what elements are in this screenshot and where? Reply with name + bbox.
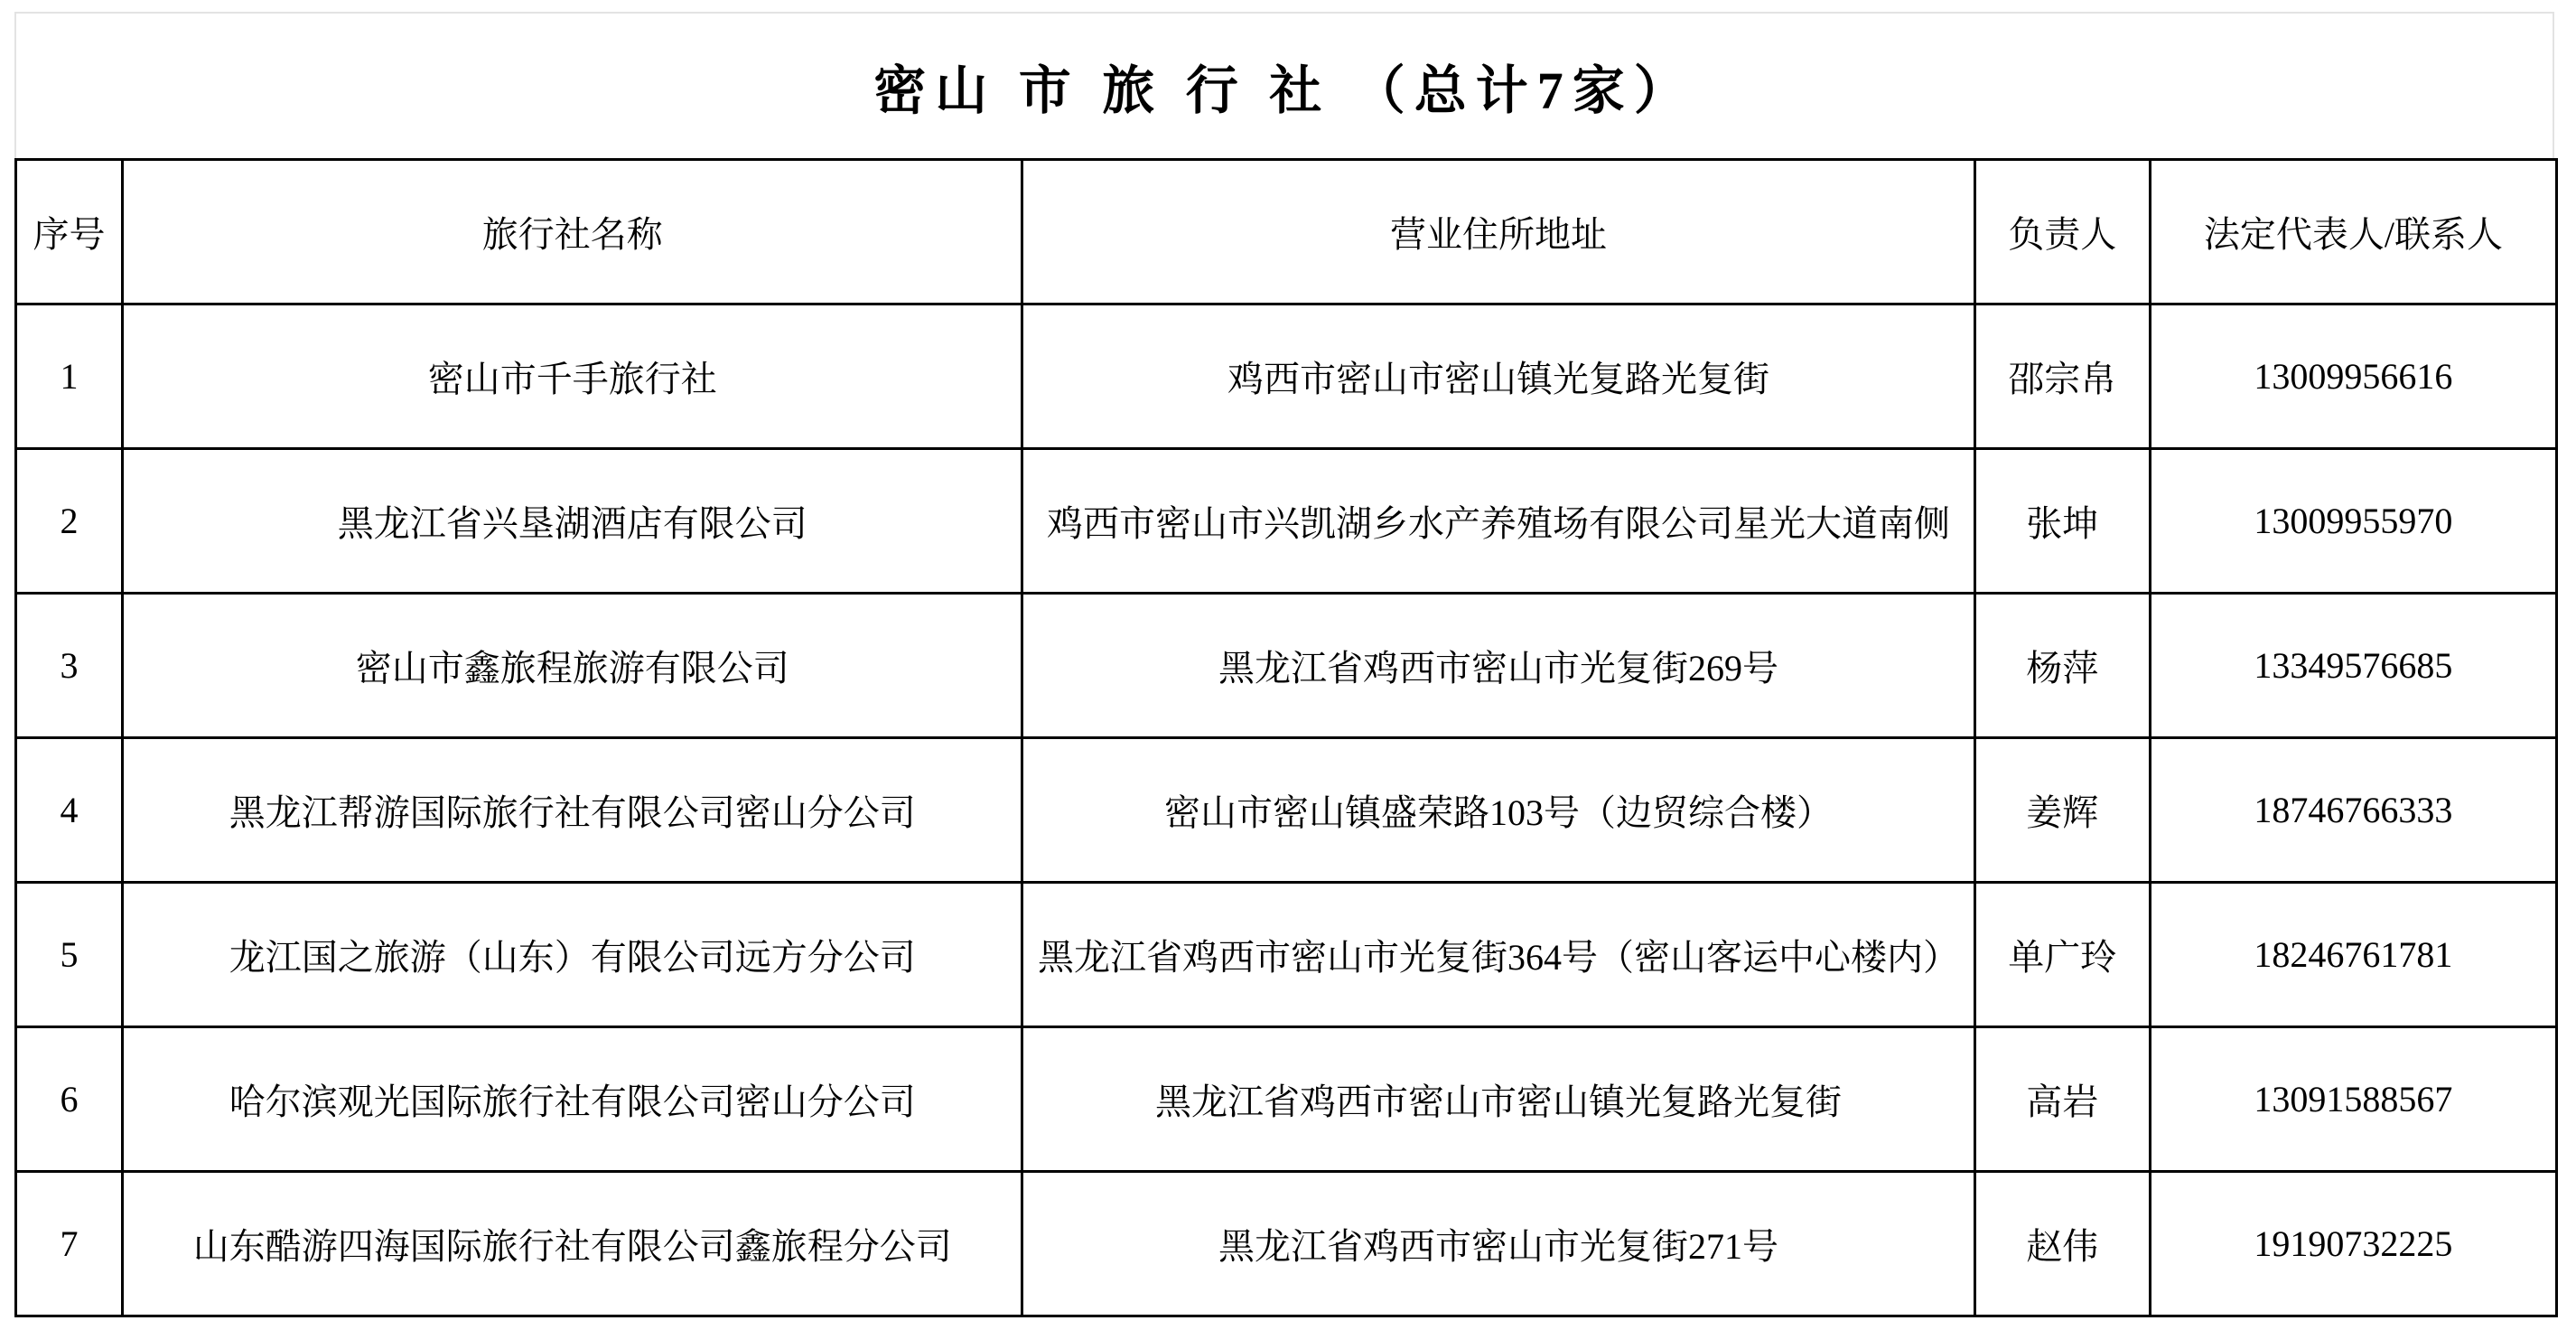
document-sheet: 密山 市 旅 行 社 （总计7家） 序号 旅行社名称 营业住所地址 负责人 法定… xyxy=(0,0,2576,1330)
cell-manager: 杨萍 xyxy=(1974,594,2150,738)
cell-name: 密山市鑫旅程旅游有限公司 xyxy=(123,594,1022,738)
col-header-address: 营业住所地址 xyxy=(1022,160,1974,304)
cell-address: 鸡西市密山市兴凯湖乡水产养殖场有限公司星光大道南侧 xyxy=(1022,449,1974,594)
cell-contact: 18746766333 xyxy=(2150,738,2556,883)
cell-address: 黑龙江省鸡西市密山市光复街269号 xyxy=(1022,594,1974,738)
cell-address: 黑龙江省鸡西市密山市密山镇光复路光复街 xyxy=(1022,1027,1974,1172)
col-header-name: 旅行社名称 xyxy=(123,160,1022,304)
cell-no: 1 xyxy=(16,304,123,449)
cell-no: 4 xyxy=(16,738,123,883)
cell-no: 7 xyxy=(16,1172,123,1316)
cell-contact: 19190732225 xyxy=(2150,1172,2556,1316)
table-row: 7 山东酷游四海国际旅行社有限公司鑫旅程分公司 黑龙江省鸡西市密山市光复街271… xyxy=(16,1172,2557,1316)
title-block: 密山 市 旅 行 社 （总计7家） xyxy=(14,12,2554,158)
table-row: 4 黑龙江帮游国际旅行社有限公司密山分公司 密山市密山镇盛荣路103号（边贸综合… xyxy=(16,738,2557,883)
cell-no: 3 xyxy=(16,594,123,738)
col-header-manager: 负责人 xyxy=(1974,160,2150,304)
table-row: 3 密山市鑫旅程旅游有限公司 黑龙江省鸡西市密山市光复街269号 杨萍 1334… xyxy=(16,594,2557,738)
cell-contact: 13009956616 xyxy=(2150,304,2556,449)
table-header-row: 序号 旅行社名称 营业住所地址 负责人 法定代表人/联系人 xyxy=(16,160,2557,304)
cell-name: 龙江国之旅游（山东）有限公司远方分公司 xyxy=(123,883,1022,1027)
cell-no: 5 xyxy=(16,883,123,1027)
cell-name: 黑龙江帮游国际旅行社有限公司密山分公司 xyxy=(123,738,1022,883)
cell-no: 6 xyxy=(16,1027,123,1172)
cell-contact: 13349576685 xyxy=(2150,594,2556,738)
cell-contact: 13009955970 xyxy=(2150,449,2556,594)
cell-address: 黑龙江省鸡西市密山市光复街271号 xyxy=(1022,1172,1974,1316)
table-row: 2 黑龙江省兴垦湖酒店有限公司 鸡西市密山市兴凯湖乡水产养殖场有限公司星光大道南… xyxy=(16,449,2557,594)
cell-manager: 姜辉 xyxy=(1974,738,2150,883)
cell-manager: 张坤 xyxy=(1974,449,2150,594)
cell-no: 2 xyxy=(16,449,123,594)
travel-agency-table: 序号 旅行社名称 营业住所地址 负责人 法定代表人/联系人 1 密山市千手旅行社… xyxy=(14,158,2558,1317)
cell-address: 密山市密山镇盛荣路103号（边贸综合楼） xyxy=(1022,738,1974,883)
cell-contact: 18246761781 xyxy=(2150,883,2556,1027)
col-header-no: 序号 xyxy=(16,160,123,304)
cell-manager: 高岩 xyxy=(1974,1027,2150,1172)
cell-manager: 邵宗帛 xyxy=(1974,304,2150,449)
cell-name: 黑龙江省兴垦湖酒店有限公司 xyxy=(123,449,1022,594)
cell-address: 鸡西市密山市密山镇光复路光复街 xyxy=(1022,304,1974,449)
table-row: 5 龙江国之旅游（山东）有限公司远方分公司 黑龙江省鸡西市密山市光复街364号（… xyxy=(16,883,2557,1027)
cell-name: 山东酷游四海国际旅行社有限公司鑫旅程分公司 xyxy=(123,1172,1022,1316)
col-header-contact: 法定代表人/联系人 xyxy=(2150,160,2556,304)
cell-contact: 13091588567 xyxy=(2150,1027,2556,1172)
cell-name: 哈尔滨观光国际旅行社有限公司密山分公司 xyxy=(123,1027,1022,1172)
table-row: 1 密山市千手旅行社 鸡西市密山市密山镇光复路光复街 邵宗帛 130099566… xyxy=(16,304,2557,449)
cell-address: 黑龙江省鸡西市密山市光复街364号（密山客运中心楼内） xyxy=(1022,883,1974,1027)
table-row: 6 哈尔滨观光国际旅行社有限公司密山分公司 黑龙江省鸡西市密山市密山镇光复路光复… xyxy=(16,1027,2557,1172)
cell-manager: 单广玲 xyxy=(1974,883,2150,1027)
cell-name: 密山市千手旅行社 xyxy=(123,304,1022,449)
cell-manager: 赵伟 xyxy=(1974,1172,2150,1316)
page-title: 密山 市 旅 行 社 （总计7家） xyxy=(873,48,1695,124)
